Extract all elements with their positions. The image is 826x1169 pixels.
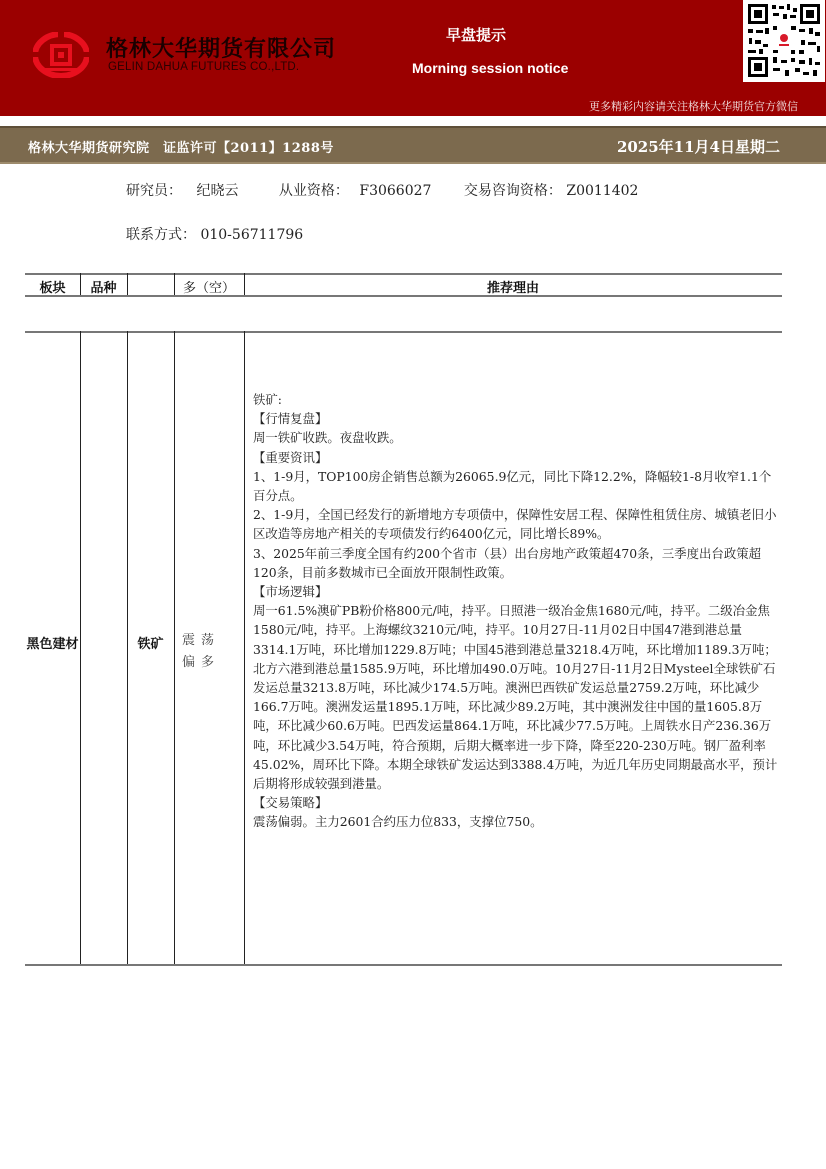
news-item-2: 2、1-9月，全国已经发行的新增地方专项债中，保障性安居工程、保障性租赁住房、城…	[253, 505, 783, 543]
header-variety: 品种	[80, 277, 127, 296]
news-item-3: 3、2025年前三季度全国有约200个省市（县）出台房地产政策超470条，三季度…	[253, 544, 783, 582]
report-title-en: Morning session notice	[412, 60, 568, 76]
report-title-cn: 早盘提示	[446, 24, 506, 45]
section-trading-strategy: 【交易策略】	[253, 793, 783, 812]
qualification-label: 从业资格：	[279, 180, 349, 200]
header-direction: 多（空）	[174, 277, 244, 296]
table-row-top-border	[25, 331, 782, 333]
researcher-name: 纪晓云	[196, 180, 238, 200]
researcher-label: 研究员：	[126, 180, 182, 200]
section-market-logic: 【市场逻辑】	[253, 582, 783, 601]
col-divider	[244, 331, 245, 964]
cell-sector: 黑色建材	[25, 633, 80, 652]
header-sector: 板块	[25, 277, 80, 296]
col-divider	[127, 273, 128, 295]
col-divider	[174, 331, 175, 964]
institute-license: 格林大华期货研究院 证监许可【2011】1288号	[28, 137, 334, 156]
reason-title: 铁矿:	[253, 390, 783, 409]
header-banner: 格林大华期货有限公司 GELIN DAHUA FUTURES CO.,LTD. …	[0, 0, 826, 116]
cell-direction: 震荡偏多	[182, 630, 238, 674]
wechat-qr-code-icon[interactable]	[743, 0, 825, 82]
company-name-en: GELIN DAHUA FUTURES CO.,LTD.	[108, 61, 299, 73]
info-bar: 格林大华期货研究院 证监许可【2011】1288号 2025年11月4日星期二	[0, 126, 826, 164]
researcher-info: 研究员： 纪晓云 从业资格： F3066027 交易咨询资格： Z0011402	[126, 180, 638, 200]
section-market-review: 【行情复盘】	[253, 409, 783, 428]
market-review-text: 周一铁矿收跌。夜盘收跌。	[253, 428, 783, 447]
trading-strategy-text: 震荡偏弱。主力2601合约压力位833，支撑位750。	[253, 812, 783, 831]
follow-wechat-text: 更多精彩内容请关注格林大华期货官方微信	[589, 98, 798, 114]
recommendation-reason: 铁矿: 【行情复盘】 周一铁矿收跌。夜盘收跌。 【重要资讯】 1、1-9月，TO…	[253, 390, 783, 832]
section-key-news: 【重要资讯】	[253, 448, 783, 467]
consult-value: Z0011402	[566, 183, 638, 199]
contact-label: 联系方式：	[126, 224, 196, 244]
header-reason: 推荐理由	[244, 277, 782, 296]
table-top-border	[25, 273, 782, 275]
cell-variety: 铁矿	[127, 633, 174, 652]
news-item-1: 1、1-9月，TOP100房企销售总额为26065.9亿元，同比下降12.2%，…	[253, 467, 783, 505]
col-divider	[80, 331, 81, 964]
company-name-cn: 格林大华期货有限公司	[106, 32, 336, 63]
company-logo-icon	[33, 32, 89, 78]
contact-value: 010-56711796	[200, 227, 303, 243]
market-logic-text: 周一61.5%澳矿PB粉价格800元/吨，持平。日照港一级冶金焦1680元/吨，…	[253, 601, 783, 793]
table-bottom-border	[25, 964, 782, 966]
qualification-value: F3066027	[359, 183, 431, 199]
consult-label: 交易咨询资格：	[464, 180, 562, 200]
contact-info: 联系方式： 010-56711796	[126, 224, 303, 244]
report-date: 2025年11月4日星期二	[617, 136, 780, 157]
